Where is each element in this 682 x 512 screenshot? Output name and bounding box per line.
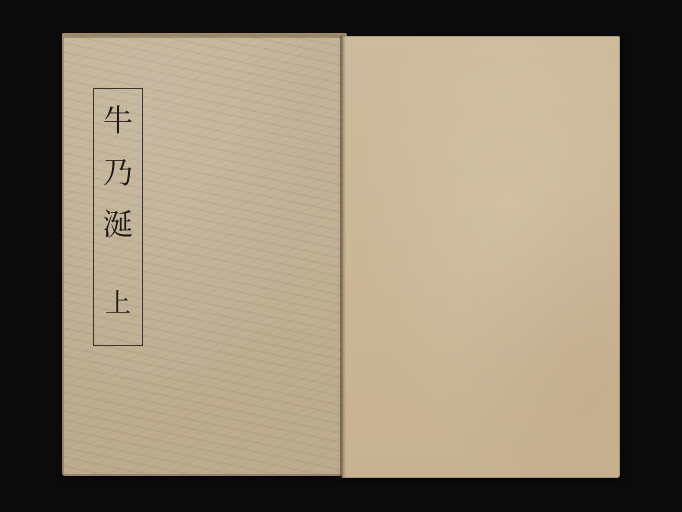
volume-mark: 上 [105,291,131,317]
blank-first-page [342,36,620,478]
title-char-3: 涎 [103,211,133,241]
book-photograph: 牛 乃 涎 上 [0,0,682,512]
page-gutter-shadow [340,36,346,478]
title-char-2: 乃 [103,159,133,189]
title-slip: 牛 乃 涎 上 [93,88,143,346]
title-text: 牛 乃 涎 上 [94,107,142,339]
title-char-1: 牛 [103,107,133,137]
